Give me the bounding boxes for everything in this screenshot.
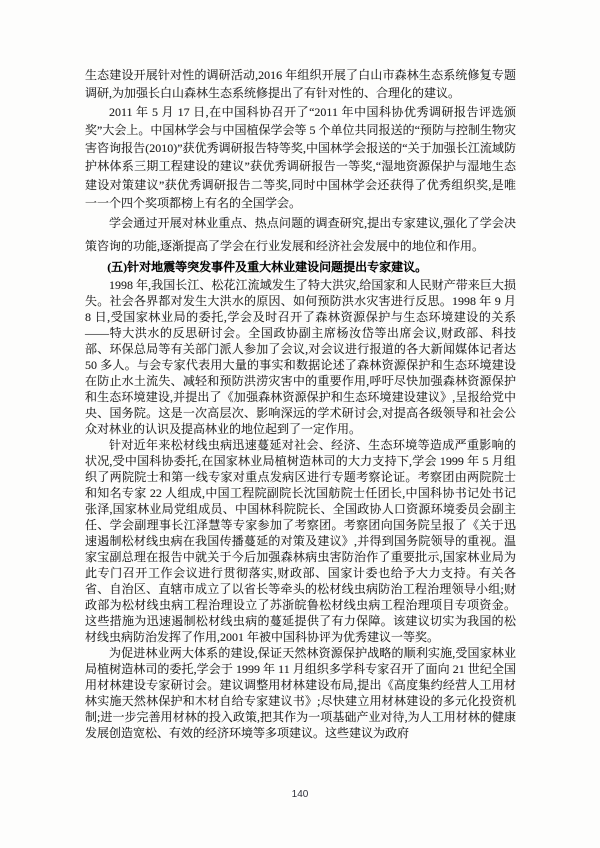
page-number: 140 xyxy=(0,789,600,800)
document-page: 生态建设开展针对性的调研活动,2016 年组织开展了白山市森林生态系统修复专题调… xyxy=(0,0,600,848)
body-paragraph: 1998 年,我国长江、松花江流域发生了特大洪灾,给国家和人民财产带来巨大损失。… xyxy=(85,277,516,437)
body-paragraph: 生态建设开展针对性的调研活动,2016 年组织开展了白山市森林生态系统修复专题调… xyxy=(85,66,516,103)
body-paragraph: 2011 年 5 月 17 日,在中国科协召开了“2011 年中国科协优秀调研报… xyxy=(85,103,516,213)
text-block: 生态建设开展针对性的调研活动,2016 年组织开展了白山市森林生态系统修复专题调… xyxy=(85,66,516,741)
body-paragraph: 为促进林业两大体系的建设,保证天然林资源保护战略的顺利实施,受国家林业局植树造林… xyxy=(85,645,516,741)
body-paragraph: 学会通过开展对林业重点、热点问题的调查研究,提出专家建议,强化了学会决策咨询的功… xyxy=(85,212,516,258)
body-paragraph: 针对近年来松材线虫病迅速蔓延对社会、经济、生态环境等造成严重影响的状况,受中国科… xyxy=(85,437,516,645)
section-heading: (五)针对地震等突发事件及重大林业建设问题提出专家建议。 xyxy=(85,258,516,277)
